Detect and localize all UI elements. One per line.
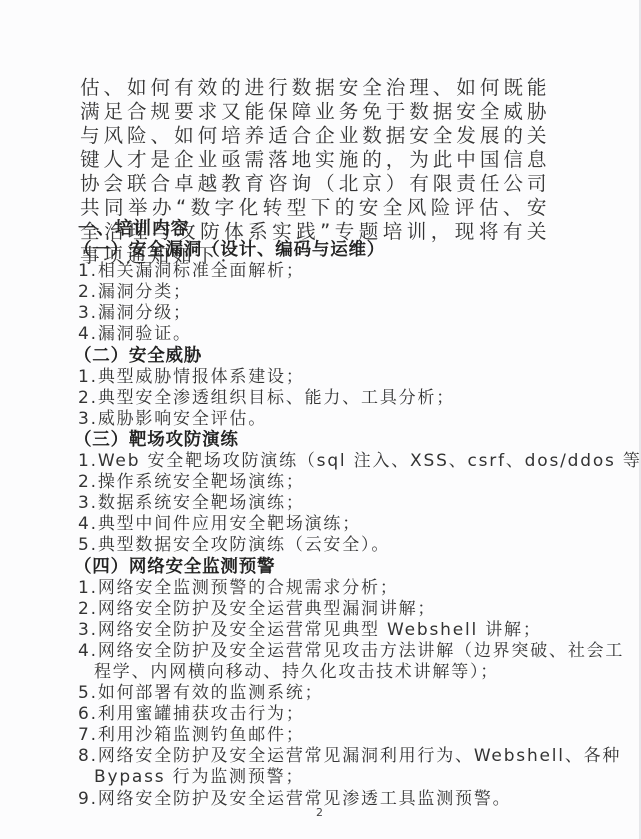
page-number: 2 xyxy=(316,806,323,819)
list-item: 5.如何部署有效的监测系统； xyxy=(78,683,558,704)
list-item: 5.典型数据安全攻防演练（云安全）。 xyxy=(78,535,558,556)
list-item: 3.数据系统安全靶场演练； xyxy=(78,493,558,514)
subsection-heading-vulnerabilities: （一）安全漏洞（设计、编码与运维） xyxy=(74,240,558,261)
list-item: 6.利用蜜罐捕获攻击行为； xyxy=(78,704,558,725)
subsection-heading-threats: （二）安全威胁 xyxy=(74,346,558,367)
list-item: 3.威胁影响安全评估。 xyxy=(78,409,558,430)
list-item: 1.网络安全监测预警的合规需求分析； xyxy=(78,578,558,599)
list-item: 7.利用沙箱监测钓鱼邮件； xyxy=(78,725,558,746)
list-item: 1.相关漏洞标准全面解析； xyxy=(78,261,558,282)
training-content-section: 一、培训内容 （一）安全漏洞（设计、编码与运维） 1.相关漏洞标准全面解析； 2… xyxy=(78,219,558,810)
list-item: 3.网络安全防护及安全运营常见典型 Webshell 讲解； xyxy=(78,620,558,641)
section-heading-training-content: 一、培训内容 xyxy=(78,219,558,240)
list-item-continuation: Bypass 行为监测预警； xyxy=(78,767,558,788)
list-item: 8.网络安全防护及安全运营常见漏洞利用行为、Webshell、各种 xyxy=(78,746,558,767)
list-item: 4.典型中间件应用安全靶场演练； xyxy=(78,514,558,535)
list-item: 2.网络安全防护及安全运营典型漏洞讲解； xyxy=(78,599,558,620)
list-item: 2.典型安全渗透组织目标、能力、工具分析； xyxy=(78,388,558,409)
list-item: 1.典型威胁情报体系建设； xyxy=(78,367,558,388)
subsection-heading-range-drills: （三）靶场攻防演练 xyxy=(74,430,558,451)
list-item: 2.漏洞分类； xyxy=(78,282,558,303)
subsection-heading-monitoring: （四）网络安全监测预警 xyxy=(74,557,558,578)
list-item: 2.操作系统安全靶场演练； xyxy=(78,472,558,493)
document-page: 估、如何有效的进行数据安全治理、如何既能满足合规要求又能保障业务免于数据安全威胁… xyxy=(0,0,641,839)
list-item: 1.Web 安全靶场攻防演练（sql 注入、XSS、csrf、dos/ddos … xyxy=(78,451,558,472)
list-item-continuation: 程学、内网横向移动、持久化攻击技术讲解等）； xyxy=(78,662,558,683)
list-item: 4.网络安全防护及安全运营常见攻击方法讲解（边界突破、社会工 xyxy=(78,641,558,662)
list-item: 3.漏洞分级； xyxy=(78,303,558,324)
list-item: 4.漏洞验证。 xyxy=(78,324,558,345)
